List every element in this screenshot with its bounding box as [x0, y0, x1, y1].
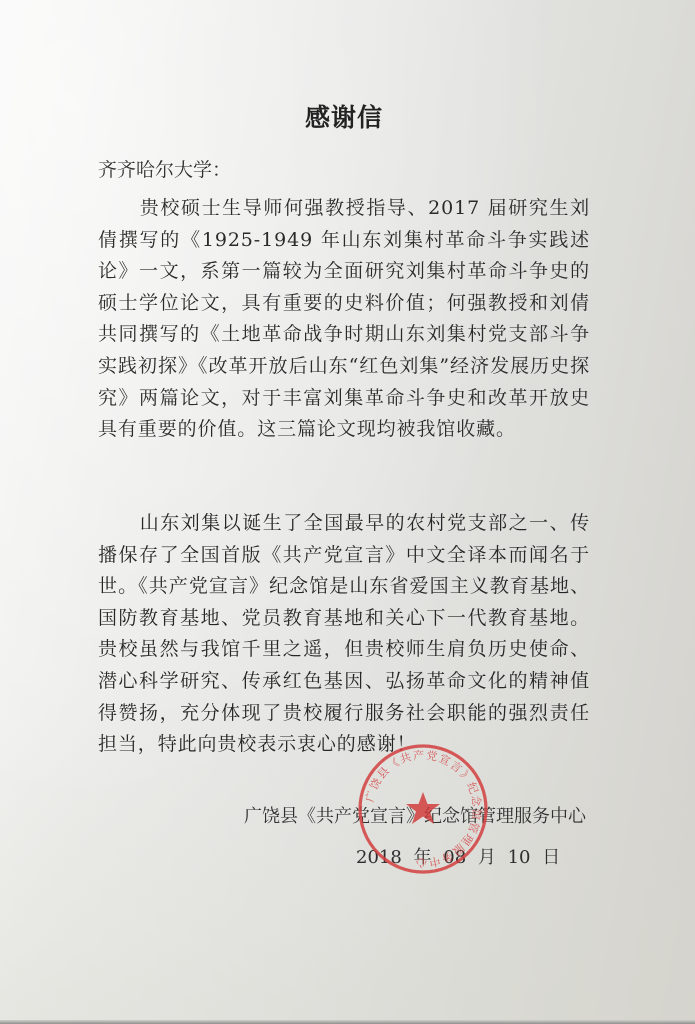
letter-paragraph-2: 山东刘集以诞生了全国最早的农村党支部之一、传播保存了全国首版《共产党宣言》中文全… [98, 508, 590, 761]
letter-date: 2018 年 08 月 10 日 [356, 843, 560, 869]
letter-greeting: 齐齐哈尔大学： [98, 155, 231, 182]
paper-bottom-edge [0, 1020, 695, 1024]
letter-signature: 广饶县《共产党宣言》纪念馆管理服务中心 [244, 802, 586, 828]
letter-paragraph-1: 贵校硕士生导师何强教授指导、2017 届研究生刘倩撰写的《1925-1949 年… [98, 193, 590, 446]
letter-title: 感谢信 [98, 98, 590, 134]
